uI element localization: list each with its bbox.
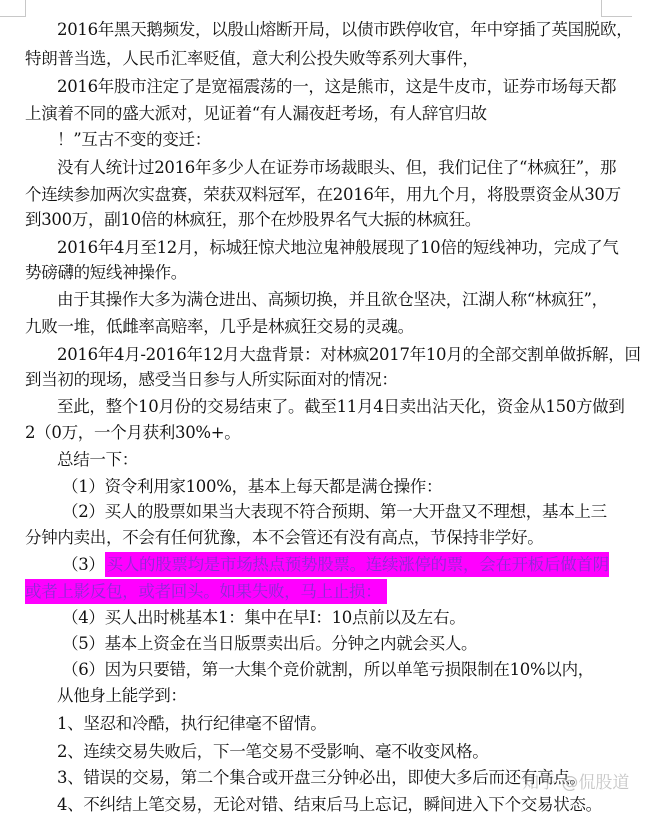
paragraph-line: 2016年4月至12月，标城狂惊犬地泣鬼神般展现了10倍的短线神功，完成了气 [57, 237, 619, 259]
paragraph-line: 九败一堆，低雌率高赔率，几乎是林疯狂交易的灵魂。 [25, 316, 414, 338]
paragraph-line: ！”互古不变的变迁： [57, 129, 211, 151]
paragraph-line: 由于其操作大多为满仓进出、高频切换，并且欲仓坚决，江湖人称“林疯狂”， [57, 289, 608, 311]
list-item-highlighted: （3）买人的股票均是市场热点预势股票。连续涨停的票，会在开板后做首阴 [62, 554, 609, 576]
paragraph-line: 个连续参加两次实盘赛，荣获双料冠军，在2016年，用九个月，将股票资金从30万 [25, 184, 621, 206]
paragraph-line: 上演着不同的盛大派对，见证着“有人漏夜赶考场，有人辞官归故 [25, 103, 487, 125]
list-item-prefix: （3） [62, 555, 105, 574]
paragraph-line: 2016年4月-2016年12月大盘背景：对林疯2017年10月的全部交割单做拆… [57, 344, 641, 366]
list-item: （6）因为只要错，第一大集个竞价就割，所以单笔亏损限制在10%以内， [62, 659, 594, 681]
paragraph-line: 2（0万，一个月获利30%+。 [25, 422, 241, 444]
paragraph-line: 总结一下： [57, 449, 138, 471]
list-item: 3、错误的交易，第二个集合或开盘三分钟必出，即使大多后而还有高点。 [57, 767, 586, 789]
paragraph-line: 势磅礴的短线神操作。 [25, 262, 187, 284]
list-item: 1、坚忍和冷酷，执行纪律毫不留情。 [57, 713, 326, 735]
highlighted-line: 或者上影反包，或者回头。如果失败，马上止损： [25, 581, 387, 603]
paragraph-line: 特朗普当选，人民币汇率贬值，意大利公投失败等系列大事件， [25, 48, 479, 70]
page-corner-mark-left [0, 0, 26, 17]
list-item: （4）买人出时桃基本1：集中在早I：10点前以及左右。 [62, 607, 465, 629]
highlighted-text: 买人的股票均是市场热点预势股票。连续涨停的票，会在开板后做首阴 [105, 552, 609, 577]
paragraph-line: 到当初的现场，感受当日参与人所实际面对的情况： [25, 369, 398, 391]
watermark: 知乎 @侃股道 [522, 768, 629, 793]
list-item: 2、连续交易失败后，下一笔交易不受影响、毫不收变风格。 [57, 741, 488, 763]
list-item: （2）买人的股票如果当大表现不符合预期、第一大开盘又不理想，基本上三 [62, 501, 607, 523]
paragraph-line: 到300万，副10倍的林疯狂，那个在炒股界名气大振的林疯狂。 [25, 209, 481, 231]
paragraph-line: 2016年股市注定了是宽福震荡的一，这是熊市，这是牛皮市，证券市场每天都 [57, 76, 616, 98]
paragraph-line: 2016年黑天鹅频发，以殷山熔断开局，以债市跌停收官，年中穿插了英国脱欧， [57, 19, 632, 41]
highlighted-text: 或者上影反包，或者回头。如果失败，马上止损： [25, 579, 387, 604]
paragraph-line: 从他身上能学到： [57, 685, 187, 707]
paragraph-line: 分钟内卖出，不会有任何犹豫，本不会管还有没有高点，节保持非学好。 [25, 527, 543, 549]
list-item: 4、不纠结上笔交易，无论对错、结束后马上忘记，瞬间进入下个交易状态。 [57, 794, 602, 816]
list-item: （1）资令利用家100%，基本上每天都是满仓操作： [62, 476, 442, 498]
paragraph-line: 没有人统计过2016年多少人在证券市场裁眼头、但，我们记住了“林疯狂”，那 [57, 157, 616, 179]
list-item: （5）基本上资金在当日版票卖出后。分钟之内就会买人。 [62, 633, 477, 655]
page-corner-mark-right [601, 0, 632, 17]
paragraph-line: 至此，整个10月份的交易结束了。截至11月4日卖出沾天化，资金从150方做到 [57, 396, 625, 418]
